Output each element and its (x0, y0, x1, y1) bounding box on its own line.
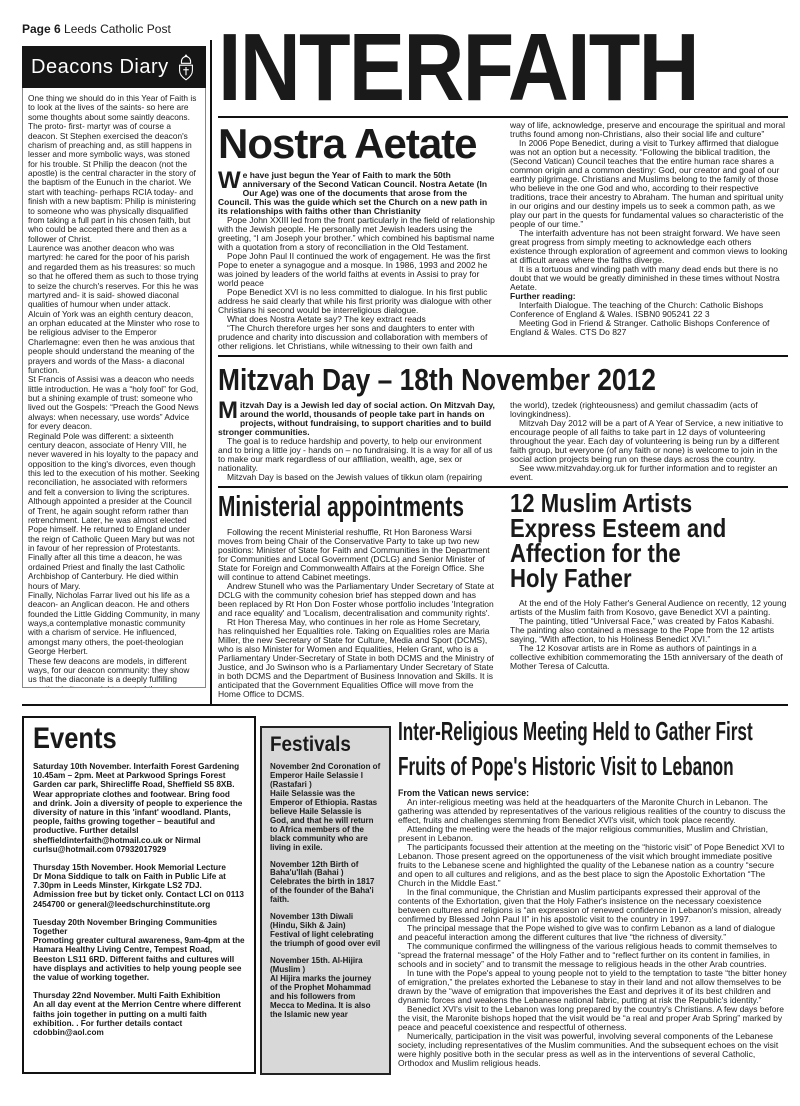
article-paragraph: One thing we should do in this Year of F… (28, 94, 200, 122)
festival-item: November 15th. Al-Hijira (Muslim ) Al Hi… (270, 957, 381, 1020)
article-paragraph: Laurence was another deacon who was mart… (28, 244, 200, 310)
article-paragraph: Mitzvah Day 2012 will be a part of A Yea… (510, 419, 788, 464)
festival-item: November 2nd Coronation of Emperor Haile… (270, 763, 381, 853)
drop-cap: W (218, 172, 241, 190)
lebanon-title-line-1: Inter-Religious Meeting Held to Gather F… (398, 718, 657, 744)
festivals-list: November 2nd Coronation of Emperor Haile… (270, 763, 381, 1020)
article-paragraph: In tune with the Pope's appeal to young … (398, 969, 790, 1005)
horizontal-rule (218, 355, 788, 357)
article-paragraph: The painting, titled “Universal Face,” w… (510, 617, 788, 644)
article-paragraph: It is a tortuous and winding path with m… (510, 265, 788, 292)
article-paragraph: Pope John Paul II continued the work of … (218, 252, 496, 288)
further-reading-list: Interfaith Dialogue. The teaching of the… (510, 301, 788, 337)
event-details: 10.45am – 2pm. Meet at Parkwood Springs … (33, 771, 245, 854)
festivals-title: Festivals (270, 734, 351, 755)
muslim-artists-body: At the end of the Holy Father's General … (510, 599, 788, 671)
article-paragraph: In the final communique, the Christian a… (398, 888, 790, 924)
event-item: Saturday 10th November. Interfaith Fores… (33, 762, 245, 854)
mitzvah-day-title: Mitzvah Day – 18th November 2012 (218, 364, 656, 395)
deacons-diary-title: Deacons Diary (31, 56, 169, 79)
article-ministerial-appointments: Ministerial appointments Following the r… (218, 491, 496, 699)
lebanon-body: An inter-religious meeting was held at t… (398, 798, 790, 1068)
article-paragraph: Numerically, participation in the visit … (398, 1032, 790, 1068)
article-paragraph: The communique confirmed the willingness… (398, 942, 790, 969)
nostra-column-2: way of life, acknowledge, preserve and e… (510, 121, 788, 292)
drop-cap: M (218, 402, 238, 420)
event-item: Thursday 15th November. Hook Memorial Le… (33, 863, 245, 909)
mitzvah-lead: Mitzvah Day is a Jewish led day of socia… (218, 401, 496, 437)
article-paragraph: Rt Hon Theresa May, who continues in her… (218, 618, 496, 699)
article-paragraph: Following the recent Ministerial reshuff… (218, 528, 496, 582)
events-panel: Events Saturday 10th November. Interfait… (22, 716, 256, 1074)
event-details: An all day event at the Merrion Centre w… (33, 1000, 245, 1037)
event-item: Thursday 22nd November. Multi Faith Exhi… (33, 991, 245, 1037)
article-paragraph: way of life, acknowledge, preserve and e… (510, 121, 788, 139)
article-paragraph: the world), tzedek (righteousness) and g… (510, 401, 788, 419)
footer-divider-rule (22, 704, 788, 706)
festival-heading: November 13th Diwali (Hindu, Sikh & Jain… (270, 913, 381, 931)
festival-details: Festival of light celebrating the triump… (270, 931, 381, 949)
article-paragraph: St Francis of Assisi was a deacon who ne… (28, 375, 200, 431)
festival-heading: November 12th Birth of Baha'u'llah (Baha… (270, 861, 381, 879)
article-paragraph: Andrew Stunell who was the Parliamentary… (218, 582, 496, 618)
article-mitzvah-day: Mitzvah Day – 18th November 2012 Mitzvah… (218, 360, 788, 482)
article-paragraph: The 12 Kosovar artists are in Rome as au… (510, 644, 788, 671)
newspaper-page: Page 6 Leeds Catholic Post Deacons Diary… (0, 0, 800, 1106)
article-nostra-aetate: Nostra Aetate We have just begun the Yea… (218, 121, 788, 351)
article-paragraph: The interfaith adventure has not been st… (510, 229, 788, 265)
article-paragraph: The participants focussed their attentio… (398, 843, 790, 888)
events-title: Events (33, 724, 117, 754)
article-paragraph: Attending the meeting were the heads of … (398, 825, 790, 843)
further-reading-item: Interfaith Dialogue. The teaching of the… (510, 301, 788, 319)
event-heading: Thursday 22nd November. Multi Faith Exhi… (33, 991, 245, 1000)
festival-details: Haile Selassie was the Emperor of Ethiop… (270, 790, 381, 853)
further-reading-item: Meeting God in Friend & Stranger. Cathol… (510, 319, 788, 337)
festival-details: Celebrates the birth in 1817 of the foun… (270, 878, 381, 905)
article-lebanon-meeting: Inter-Religious Meeting Held to Gather F… (398, 718, 790, 1068)
article-paragraph: Reginald Pole was different: a sixteenth… (28, 432, 200, 591)
event-item: Tuesday 20th November Bringing Communiti… (33, 918, 245, 982)
article-paragraph: An inter-religious meeting was held at t… (398, 798, 790, 825)
publication-name: Leeds Catholic Post (64, 22, 171, 36)
mitzvah-column-1: The goal is to reduce hardship and pover… (218, 437, 496, 482)
article-paragraph: The principal message that the Pope wish… (398, 924, 790, 942)
article-paragraph: The proto- first- martyr was of course a… (28, 122, 200, 244)
festival-heading: November 2nd Coronation of Emperor Haile… (270, 763, 381, 790)
events-list: Saturday 10th November. Interfaith Fores… (33, 762, 245, 1037)
lebanon-title-line-2: Fruits of Pope's Historic Visit to Leban… (398, 753, 657, 779)
nostra-aetate-title: Nostra Aetate (218, 123, 477, 165)
festival-heading: November 15th. Al-Hijira (Muslim ) (270, 957, 381, 975)
article-paragraph: These few deacons are models, in differe… (28, 657, 200, 689)
festivals-panel: Festivals November 2nd Coronation of Emp… (260, 726, 391, 1075)
article-paragraph: Benedict XVI's visit to the Lebanon was … (398, 1005, 790, 1032)
page-header: Page 6 Leeds Catholic Post (22, 22, 171, 36)
article-paragraph: At the end of the Holy Father's General … (510, 599, 788, 617)
article-paragraph: Mitzvah Day is based on the Jewish value… (218, 473, 496, 482)
column-divider (210, 40, 212, 704)
ministerial-body: Following the recent Ministerial reshuff… (218, 528, 496, 699)
article-paragraph: Pope John XXIII led from the front parti… (218, 216, 496, 252)
article-muslim-artists: 12 Muslim ArtistsExpress Esteem andAffec… (510, 491, 788, 699)
ministerial-appointments-title: Ministerial appointments (218, 493, 464, 522)
article-paragraph: Finally, Nicholas Farrar lived out his l… (28, 591, 200, 657)
event-heading: Thursday 15th November. Hook Memorial Le… (33, 863, 245, 872)
horizontal-rule (218, 486, 788, 488)
deacons-diary-header: Deacons Diary (22, 46, 206, 88)
article-paragraph: See www.mitzvahday.org.uk for further in… (510, 464, 788, 482)
article-paragraph: The goal is to reduce hardship and pover… (218, 437, 496, 473)
interfaith-banner-title: INTERFAITH (218, 24, 698, 112)
nostra-column-1: Pope John XXIII led from the front parti… (218, 216, 496, 351)
article-paragraph: In 2006 Pope Benedict, during a visit to… (510, 139, 788, 229)
page-number: Page 6 (22, 22, 61, 36)
article-paragraph: “The Church therefore urges her sons and… (218, 324, 496, 351)
article-paragraph: Pope Benedict XVI is no less committed t… (218, 288, 496, 315)
article-paragraph: Alcuin of York was an eighth century dea… (28, 310, 200, 376)
deacons-diary-panel: Deacons Diary One thing we should do in … (22, 46, 206, 688)
event-details: Promoting greater cultural awareness, 9a… (33, 936, 245, 982)
mitzvah-column-2: the world), tzedek (righteousness) and g… (510, 401, 788, 482)
interfaith-section: INTERFAITH Nostra Aetate We have just be… (218, 22, 788, 699)
muslim-artists-title: 12 Muslim ArtistsExpress Esteem andAffec… (510, 491, 788, 591)
festival-item: November 13th Diwali (Hindu, Sikh & Jain… (270, 913, 381, 949)
festival-item: November 12th Birth of Baha'u'llah (Baha… (270, 861, 381, 906)
diocese-crest-icon (175, 53, 197, 81)
nostra-lead: We have just begun the Year of Faith to … (218, 171, 496, 216)
deacons-diary-article: One thing we should do in this Year of F… (22, 88, 206, 688)
event-heading: Tuesday 20th November Bringing Communiti… (33, 918, 245, 936)
event-heading: Saturday 10th November. Interfaith Fores… (33, 762, 245, 771)
headline-line: Holy Father (510, 566, 746, 591)
event-details: Dr Mona Siddique to talk on Faith in Pub… (33, 872, 245, 909)
festival-details: Al Hijira marks the journey of the Proph… (270, 975, 381, 1020)
